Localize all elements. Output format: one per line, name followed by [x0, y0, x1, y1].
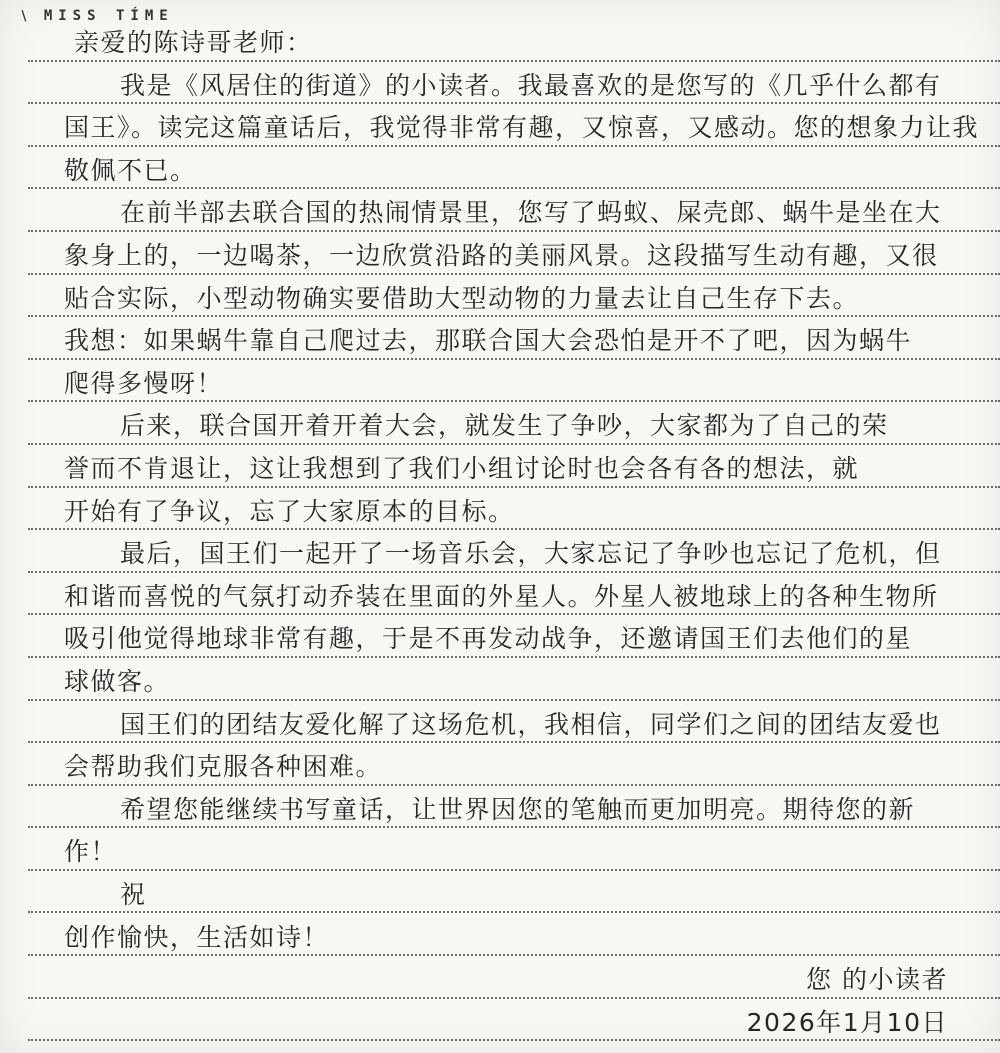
body-line-text: 贴合实际，小型动物确实要借助大型动物的力量去让自己生存下去。 — [64, 285, 859, 313]
body-line: 敬佩不已。 — [28, 147, 1000, 190]
letter-rows: 亲爱的陈诗哥老师：我是《风居住的街道》的小读者。我最喜欢的是您写的《几乎什么都有… — [0, 19, 1000, 1041]
date-text: 2026年1月10日 — [747, 1009, 948, 1037]
body-line: 会帮助我们克服各种困难。 — [28, 743, 1000, 786]
body-line-text: 国王》。读完这篇童话后，我觉得非常有趣，又惊喜，又感动。您的想象力让我 — [64, 114, 979, 142]
body-line: 开始有了争议，忘了大家原本的目标。 — [28, 488, 1000, 531]
signature-text: 您 的小读者 — [806, 966, 948, 994]
signature: 您 的小读者 — [28, 956, 1000, 999]
body-line-text: 开始有了争议，忘了大家原本的目标。 — [64, 498, 515, 526]
body-line-text: 我想：如果蜗牛靠自己爬过去，那联合国大会恐怕是开不了吧，因为蜗牛 — [64, 327, 912, 355]
closing-line-text: 创作愉快，生活如诗！ — [64, 924, 329, 952]
body-line-text: 希望您能继续书写童话，让世界因您的笔触而更加明亮。期待您的新 — [120, 796, 915, 824]
body-line: 国王们的团结友爱化解了这场危机，我相信，同学们之间的团结友爱也 — [28, 701, 1000, 744]
body-line-text: 会帮助我们克服各种困难。 — [64, 753, 382, 781]
closing-wish: 祝 — [28, 871, 1000, 914]
body-line-text: 吸引他觉得地球非常有趣，于是不再发动战争，还邀请国王们去他们的星 — [64, 625, 912, 653]
letter-page: \ MISS TÍME 亲爱的陈诗哥老师：我是《风居住的街道》的小读者。我最喜欢… — [0, 0, 1000, 1053]
body-line-text: 作！ — [64, 838, 117, 866]
body-line-text: 我是《风居住的街道》的小读者。我最喜欢的是您写的《几乎什么都有 — [120, 72, 942, 100]
body-line: 国王》。读完这篇童话后，我觉得非常有趣，又惊喜，又感动。您的想象力让我 — [28, 104, 1000, 147]
body-line: 誉而不肯退让，这让我想到了我们小组讨论时也会各有各的想法，就 — [28, 445, 1000, 488]
body-line: 我想：如果蜗牛靠自己爬过去，那联合国大会恐怕是开不了吧，因为蜗牛 — [28, 317, 1000, 360]
body-line-text: 和谐而喜悦的气氛打动乔装在里面的外星人。外星人被地球上的各种生物所 — [64, 583, 939, 611]
body-line-text: 在前半部去联合国的热闹情景里，您写了蚂蚁、屎壳郎、蜗牛是坐在大 — [120, 199, 942, 227]
date: 2026年1月10日 — [28, 999, 1000, 1042]
salutation: 亲爱的陈诗哥老师： — [28, 19, 1000, 62]
body-line: 爬得多慢呀！ — [28, 360, 1000, 403]
body-line-text: 球做客。 — [64, 668, 170, 696]
body-line: 和谐而喜悦的气氛打动乔装在里面的外星人。外星人被地球上的各种生物所 — [28, 573, 1000, 616]
body-line: 希望您能继续书写童话，让世界因您的笔触而更加明亮。期待您的新 — [28, 786, 1000, 829]
closing-wish-text: 祝 — [120, 881, 147, 909]
body-line-text: 国王们的团结友爱化解了这场危机，我相信，同学们之间的团结友爱也 — [120, 711, 942, 739]
body-line: 在前半部去联合国的热闹情景里，您写了蚂蚁、屎壳郎、蜗牛是坐在大 — [28, 189, 1000, 232]
salutation-text: 亲爱的陈诗哥老师： — [74, 29, 313, 57]
body-line-text: 最后，国王们一起开了一场音乐会，大家忘记了争吵也忘记了危机，但 — [120, 540, 942, 568]
body-line: 后来，联合国开着开着大会，就发生了争吵，大家都为了自己的荣 — [28, 402, 1000, 445]
body-line: 吸引他觉得地球非常有趣，于是不再发动战争，还邀请国王们去他们的星 — [28, 615, 1000, 658]
body-line-text: 后来，联合国开着开着大会，就发生了争吵，大家都为了自己的荣 — [120, 412, 889, 440]
body-line-text: 誉而不肯退让，这让我想到了我们小组讨论时也会各有各的想法，就 — [64, 455, 859, 483]
body-line: 贴合实际，小型动物确实要借助大型动物的力量去让自己生存下去。 — [28, 275, 1000, 318]
body-line: 最后，国王们一起开了一场音乐会，大家忘记了争吵也忘记了危机，但 — [28, 530, 1000, 573]
body-line-text: 象身上的，一边喝茶，一边欣赏沿路的美丽风景。这段描写生动有趣，又很 — [64, 242, 939, 270]
body-line: 象身上的，一边喝茶，一边欣赏沿路的美丽风景。这段描写生动有趣，又很 — [28, 232, 1000, 275]
closing-line: 创作愉快，生活如诗！ — [28, 913, 1000, 956]
body-line: 作！ — [28, 828, 1000, 871]
body-line: 球做客。 — [28, 658, 1000, 701]
body-line: 我是《风居住的街道》的小读者。我最喜欢的是您写的《几乎什么都有 — [28, 62, 1000, 105]
body-line-text: 敬佩不已。 — [64, 157, 197, 185]
body-line-text: 爬得多慢呀！ — [64, 370, 223, 398]
